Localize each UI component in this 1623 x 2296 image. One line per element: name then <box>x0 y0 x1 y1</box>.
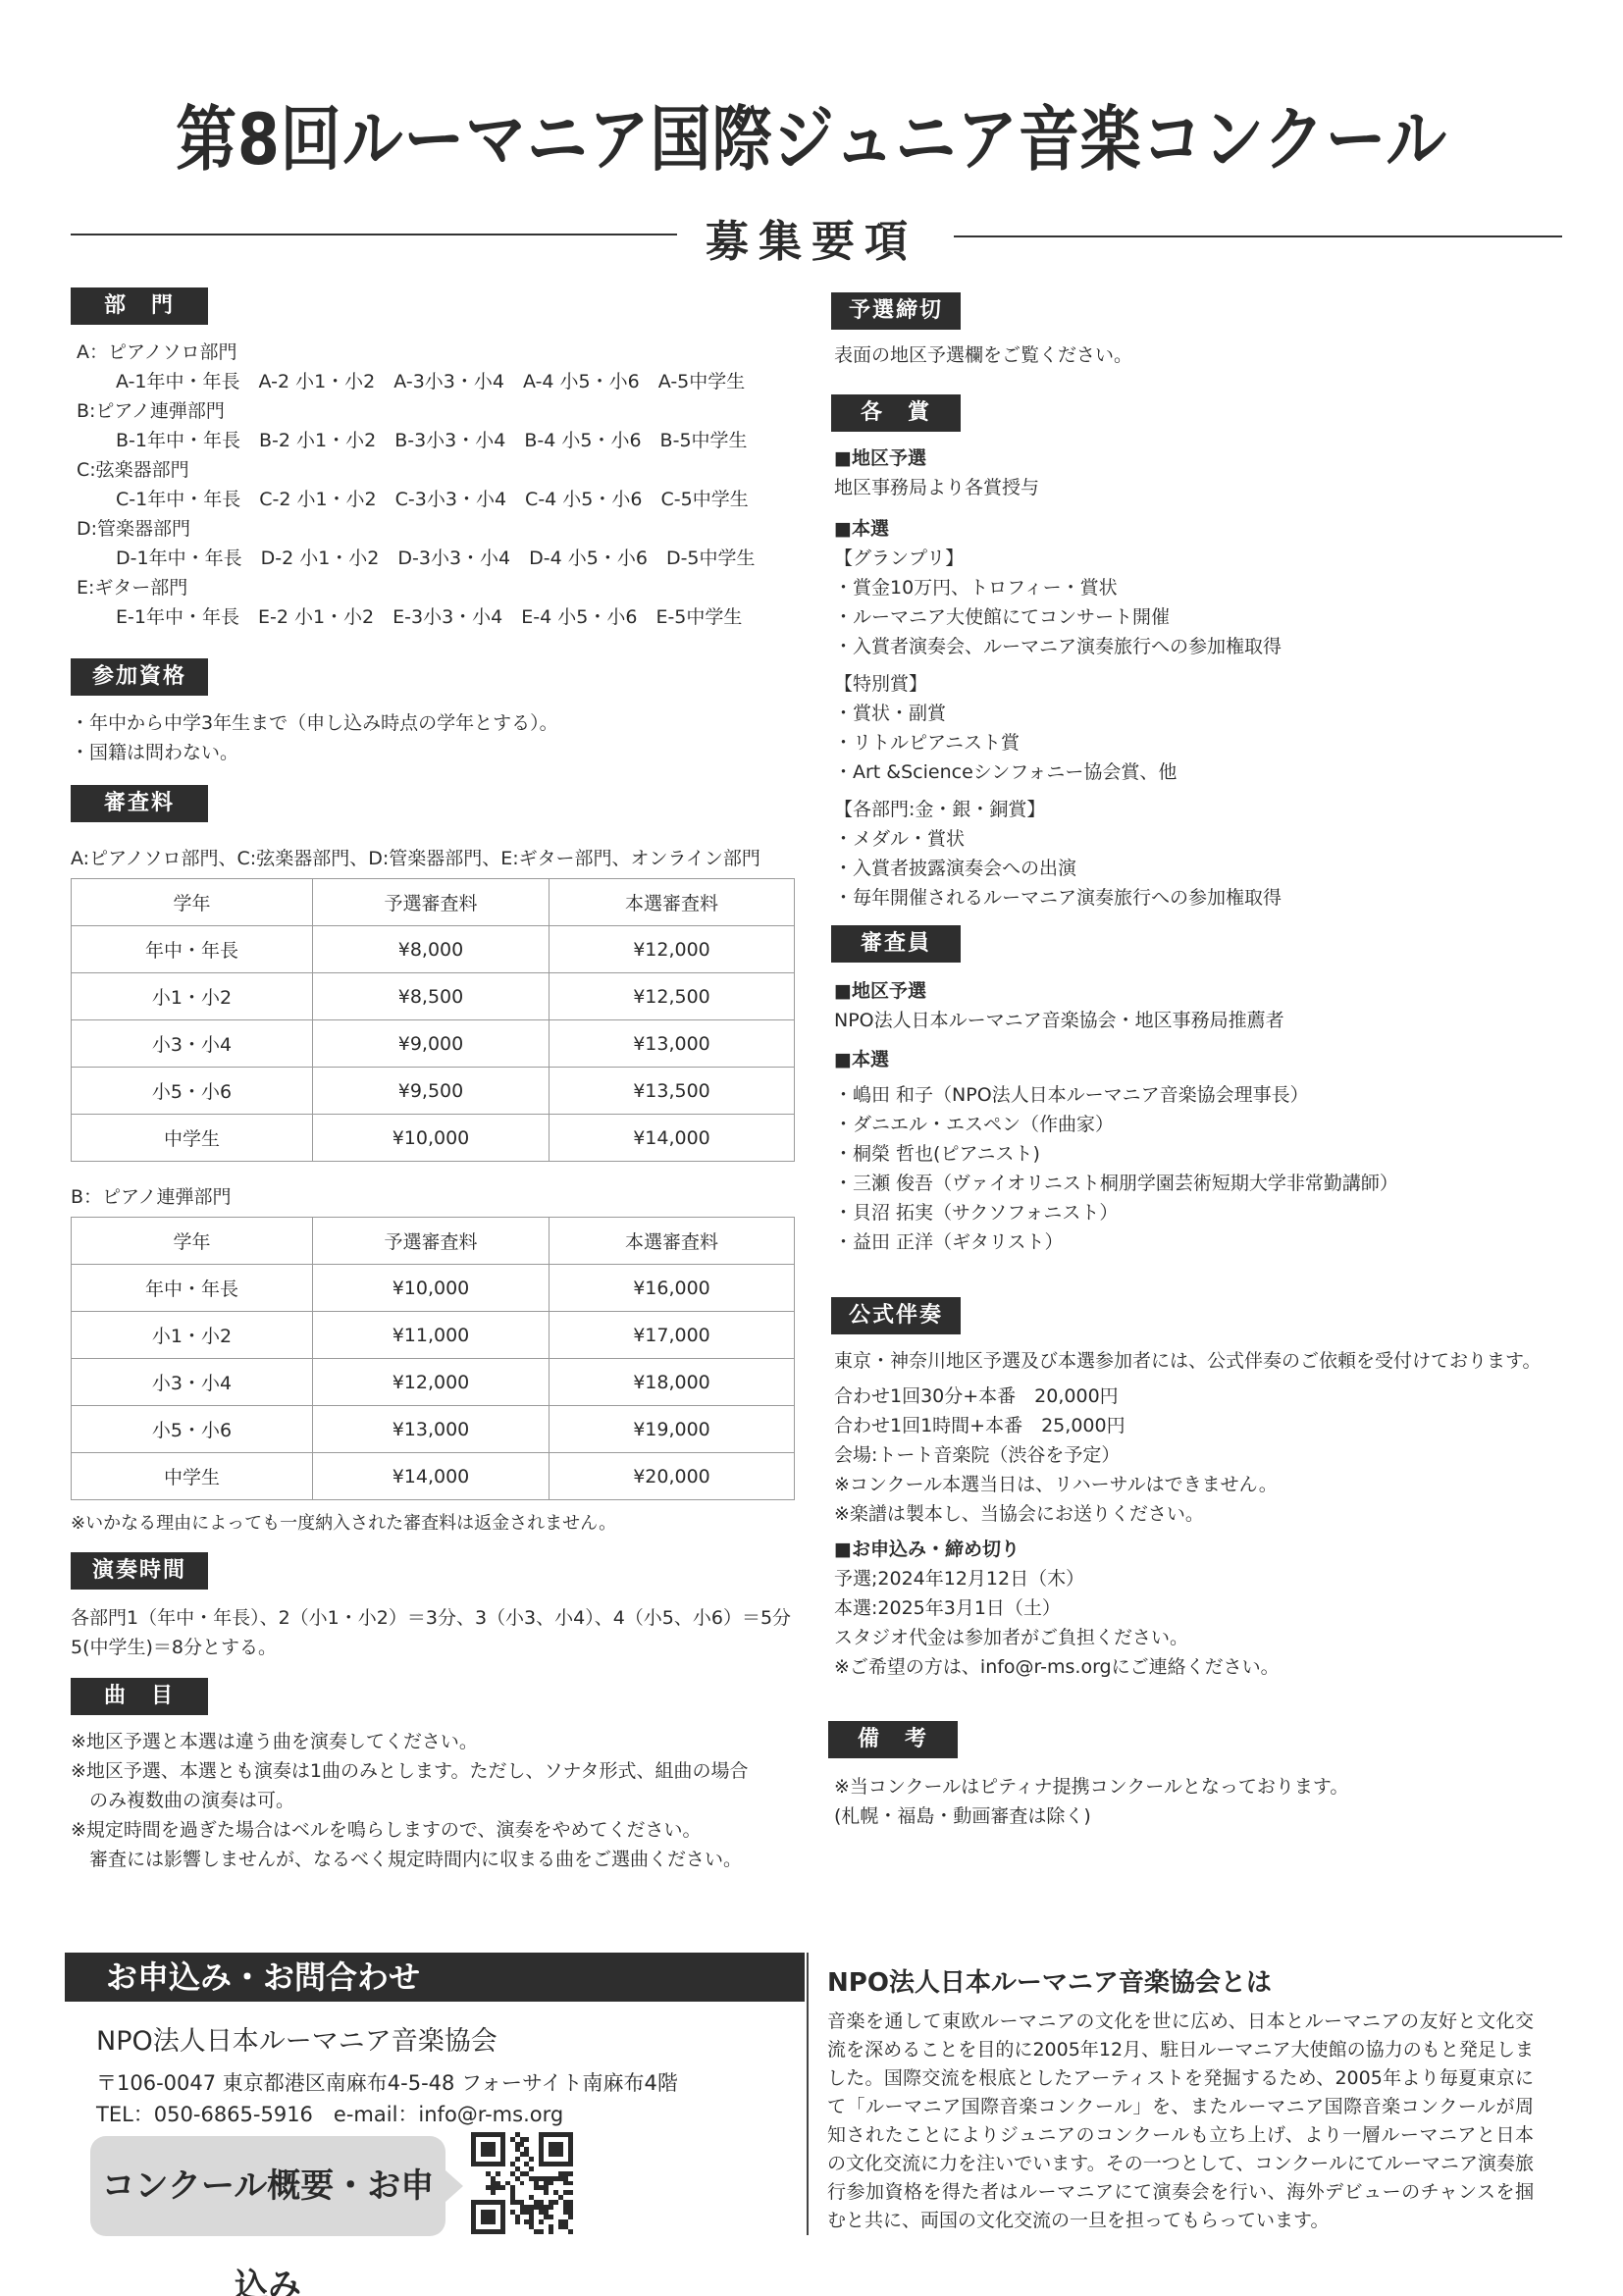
section-header-eligibility: 参加資格 <box>71 658 208 696</box>
table-header-row: 学年 予選審査料 本選審査料 <box>72 1218 795 1265</box>
judge-item: ・益田 正洋（ギタリスト） <box>834 1227 1398 1257</box>
judge-item: ・貝沼 拓実（サクソフォニスト） <box>834 1198 1398 1227</box>
division-e-items: E-1年中・年長 E-2 小1・小2 E-3小3・小4 E-4 小5・小6 E-… <box>77 602 756 632</box>
section-header-accompaniment: 公式伴奏 <box>831 1297 961 1334</box>
division-c-items: C-1年中・年長 C-2 小1・小2 C-3小3・小4 C-4 小5・小6 C-… <box>77 485 756 514</box>
remarks-content: ※当コンクールはピティナ提携コンクールとなっております。 (札幌・福島・動画審査… <box>834 1772 1348 1831</box>
email-link[interactable]: ※ご希望の方は、info@r-ms.orgにご連絡ください。 <box>834 1652 1541 1682</box>
about-body: 音楽を通して東欧ルーマニアの文化を世に広め、日本とルーマニアの友好と文化交流を深… <box>827 2008 1534 2235</box>
table-row: 小5・小6¥9,500¥13,500 <box>72 1068 795 1115</box>
contact-header: お申込み・お問合わせ <box>65 1953 805 2002</box>
performance-time-text: 各部門1（年中・年長）、2（小1・小2）＝3分、3（小3、小4）、4（小5、小6… <box>71 1603 791 1662</box>
judge-item: ・桐榮 哲也(ピアニスト) <box>834 1139 1398 1169</box>
section-header-performance-time: 演奏時間 <box>71 1552 208 1590</box>
fee-table-1: 学年 予選審査料 本選審査料 年中・年長¥8,000¥12,000 小1・小2¥… <box>71 878 795 1162</box>
deadline-text: 表面の地区予選欄をご覧ください。 <box>834 340 1132 370</box>
repertoire-text: ※地区予選と本選は違う曲を演奏してください。 ※地区予選、本選とも演奏は1曲のみ… <box>71 1727 749 1874</box>
contact-org-name: NPO法人日本ルーマニア音楽協会 <box>96 2019 497 2058</box>
section-header-repertoire: 曲 目 <box>71 1678 208 1715</box>
table-row: 年中・年長¥10,000¥16,000 <box>72 1265 795 1312</box>
accompaniment-content: 東京・神奈川地区予選及び本選参加者には、公式伴奏のご依頼を受付けております。 合… <box>834 1346 1541 1682</box>
table-row: 年中・年長¥8,000¥12,000 <box>72 926 795 973</box>
table-row: 中学生¥14,000¥20,000 <box>72 1453 795 1500</box>
fee-refund-note: ※いかなる理由によっても一度納入された審査料は返金されません。 <box>71 1509 616 1539</box>
division-a-items: A-1年中・年長 A-2 小1・小2 A-3小3・小4 A-4 小5・小6 A-… <box>77 367 756 396</box>
page-subtitle: 募集要項 <box>687 206 936 269</box>
about-title: NPO法人日本ルーマニア音楽協会とは <box>827 1962 1272 1999</box>
divisions-list: A：ピアノソロ部門 A-1年中・年長 A-2 小1・小2 A-3小3・小4 A-… <box>77 338 756 632</box>
page-title: 第8回ルーマニア国際ジュニア音楽コンクール <box>114 82 1509 184</box>
fee-table-1-caption: A:ピアノソロ部門、C:弦楽器部門、D:管楽器部門、E:ギター部門、オンライン部… <box>71 844 760 873</box>
section-header-judges: 審査員 <box>831 925 961 963</box>
section-header-divisions: 部 門 <box>71 287 208 325</box>
section-header-fees: 審査料 <box>71 785 208 822</box>
division-b-items: B-1年中・年長 B-2 小1・小2 B-3小3・小4 B-4 小5・小6 B-… <box>77 426 756 455</box>
division-d-items: D-1年中・年長 D-2 小1・小2 D-3小3・小4 D-4 小5・小6 D-… <box>77 544 756 573</box>
contact-tel-email[interactable]: TEL：050-6865-5916 e-mail：info@r-ms.org <box>96 2100 563 2129</box>
eligibility-text: ・年中から中学3年生まで（申し込み時点の学年とする）。 ・国籍は問わない。 <box>71 708 558 767</box>
table-row: 小1・小2¥8,500¥12,500 <box>72 973 795 1020</box>
table-row: 小3・小4¥12,000¥18,000 <box>72 1359 795 1406</box>
table-header-row: 学年 予選審査料 本選審査料 <box>72 879 795 926</box>
awards-content: ■地区予選 地区事務局より各賞授与 ■本選 【グランプリ】 ・賞金10万円、トロ… <box>834 444 1282 913</box>
division-a-label: A：ピアノソロ部門 <box>77 338 756 367</box>
divider-right <box>954 235 1562 237</box>
judges-content: ■地区予選 NPO法人日本ルーマニア音楽協会・地区事務局推薦者 ■本選 ・嶋田 … <box>834 976 1398 1257</box>
judge-item: ・嶋田 和子（NPO法人日本ルーマニア音楽協会理事長） <box>834 1080 1398 1110</box>
fee-table-2: 学年 予選審査料 本選審査料 年中・年長¥10,000¥16,000 小1・小2… <box>71 1217 795 1500</box>
division-b-label: B:ピアノ連弾部門 <box>77 396 756 426</box>
table-row: 小3・小4¥9,000¥13,000 <box>72 1020 795 1068</box>
section-header-awards: 各 賞 <box>831 394 961 432</box>
table-row: 中学生¥10,000¥14,000 <box>72 1115 795 1162</box>
column-divider <box>807 1953 809 2235</box>
table-row: 小1・小2¥11,000¥17,000 <box>72 1312 795 1359</box>
qr-code-icon[interactable] <box>471 2132 573 2234</box>
division-d-label: D:管楽器部門 <box>77 514 756 544</box>
division-e-label: E:ギター部門 <box>77 573 756 602</box>
division-c-label: C:弦楽器部門 <box>77 455 756 485</box>
section-header-deadline: 予選締切 <box>831 292 961 330</box>
divider-left <box>71 234 677 235</box>
arrow-right-icon <box>445 2170 463 2202</box>
judge-item: ・ダニエル・エスペン（作曲家） <box>834 1110 1398 1139</box>
section-header-remarks: 備 考 <box>828 1721 958 1758</box>
fee-table-2-caption: B：ピアノ連弾部門 <box>71 1182 232 1212</box>
contact-address: 〒106-0047 東京都港区南麻布4-5-48 フォーサイト南麻布4階 <box>96 2068 678 2098</box>
overview-apply-button[interactable]: コンクール概要・お申込み <box>90 2136 445 2236</box>
judge-item: ・三瀬 俊吾（ヴァイオリニスト桐朋学園芸術短期大学非常勤講師） <box>834 1169 1398 1198</box>
table-row: 小5・小6¥13,000¥19,000 <box>72 1406 795 1453</box>
